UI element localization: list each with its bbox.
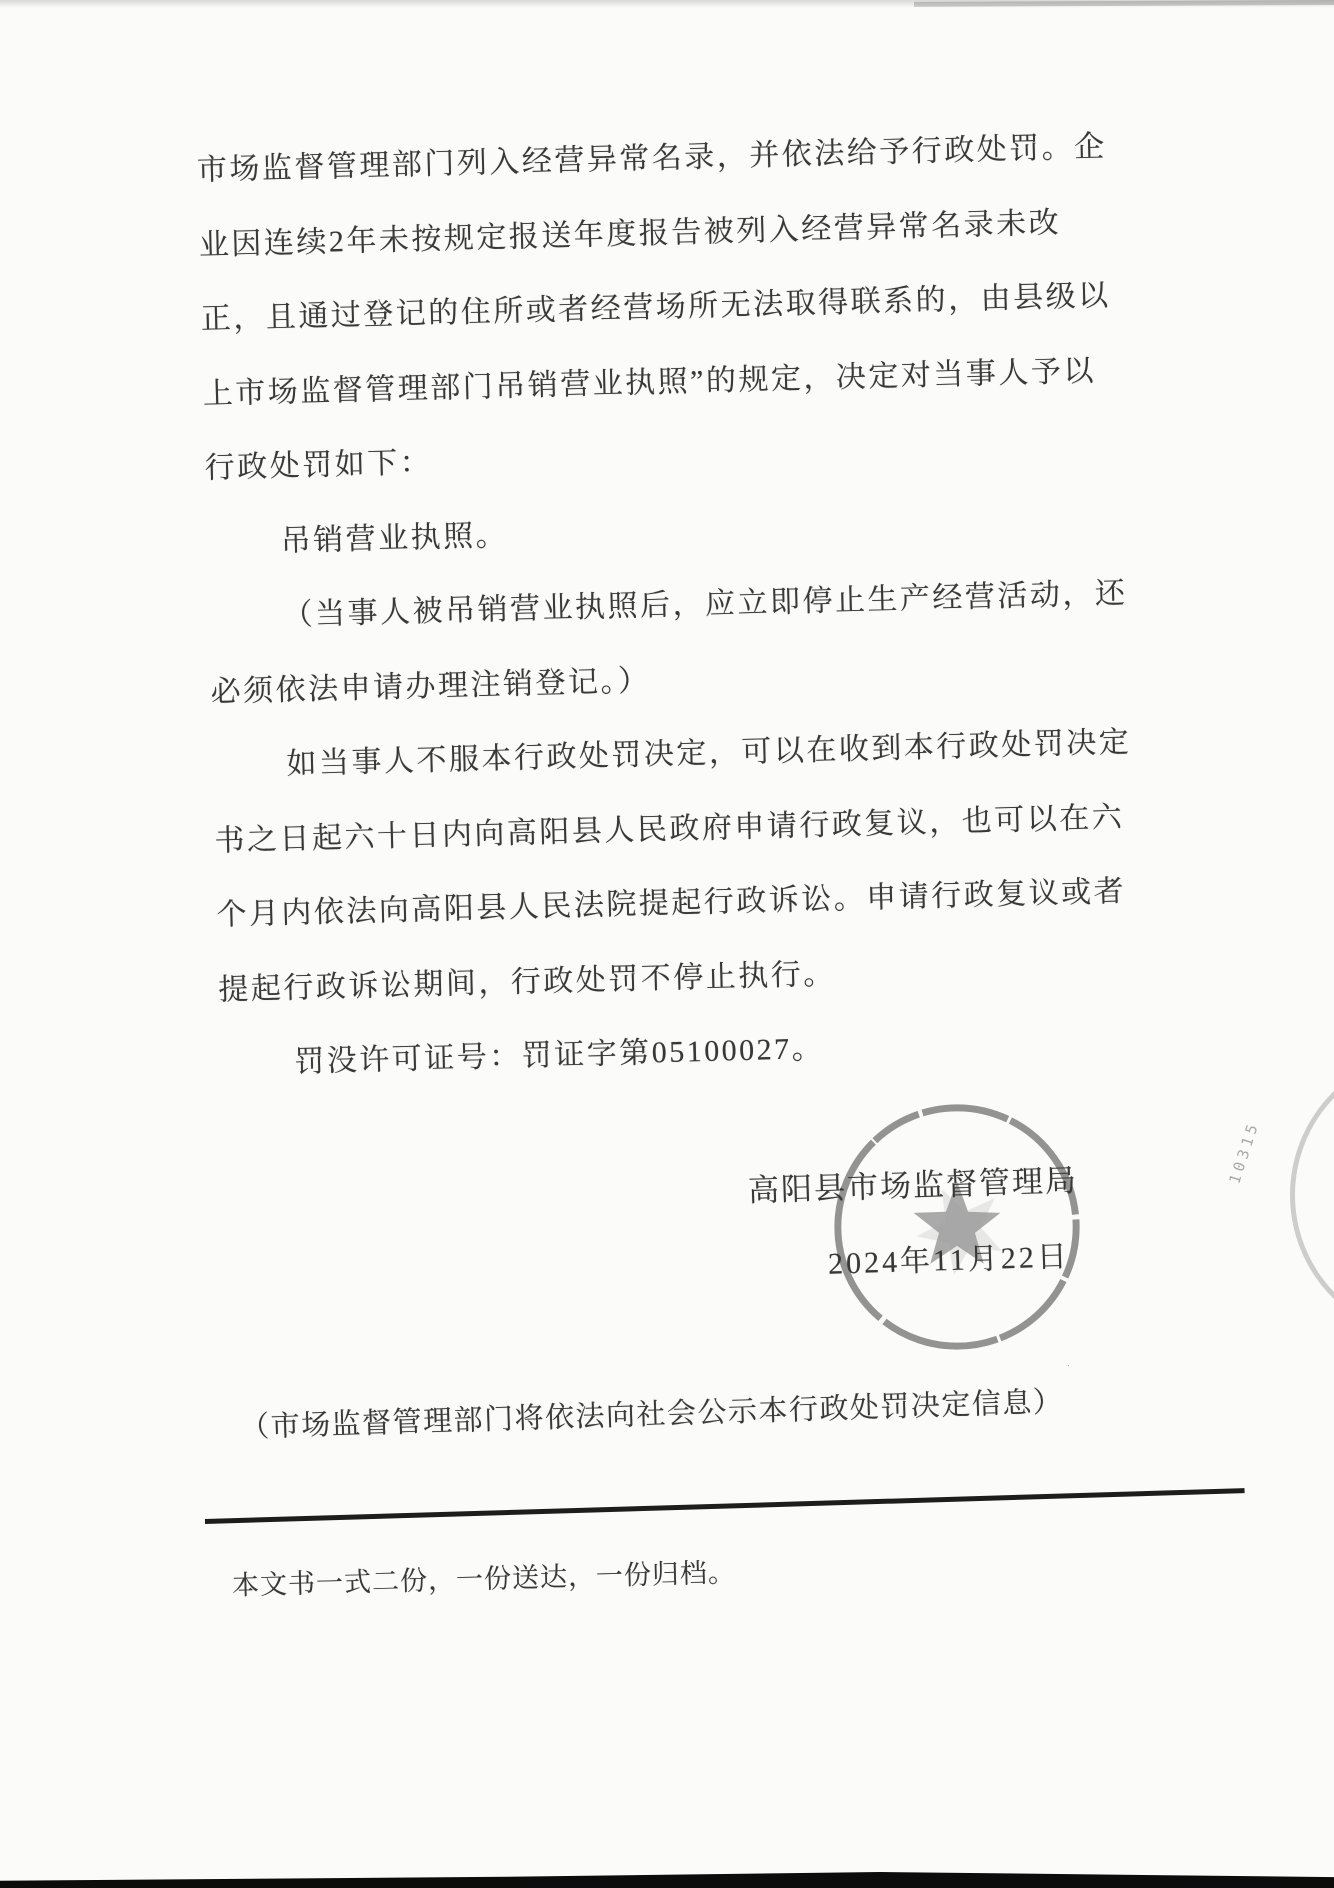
- scanner-bottom-edge-artifact: [0, 1872, 1334, 1888]
- edge-stamp-serial-code: 10315: [1225, 1076, 1276, 1186]
- stamp-arc-text: 高阳县市场监督管理局: [819, 1361, 1093, 1366]
- official-seal-stamp: 高阳县市场监督管理局 1309810315 高阳县市场监督管理局: [818, 1088, 1096, 1366]
- edge-stamp-arc: [1290, 1050, 1334, 1340]
- svg-text:高阳县市场监督管理局: 高阳县市场监督管理局: [819, 1361, 1093, 1366]
- disclosure-note: （市场监督管理部门将依法向社会公示本行政处罚决定信息）: [240, 1385, 1064, 1446]
- footer-divider-line: [205, 1488, 1245, 1524]
- scanned-penalty-decision-page: 市场监督管理部门列入经营异常名录，并依法给予行政处罚。企 业因连续2年未按规定报…: [0, 0, 1334, 1888]
- footer-copies-note: 本文书一式二份，一份送达，一份归档。: [232, 1555, 737, 1603]
- document-body: 市场监督管理部门列入经营异常名录，并依法给予行政处罚。企 业因连续2年未按规定报…: [196, 109, 1161, 1102]
- signature-date: 2024年11月22日: [828, 1242, 1071, 1280]
